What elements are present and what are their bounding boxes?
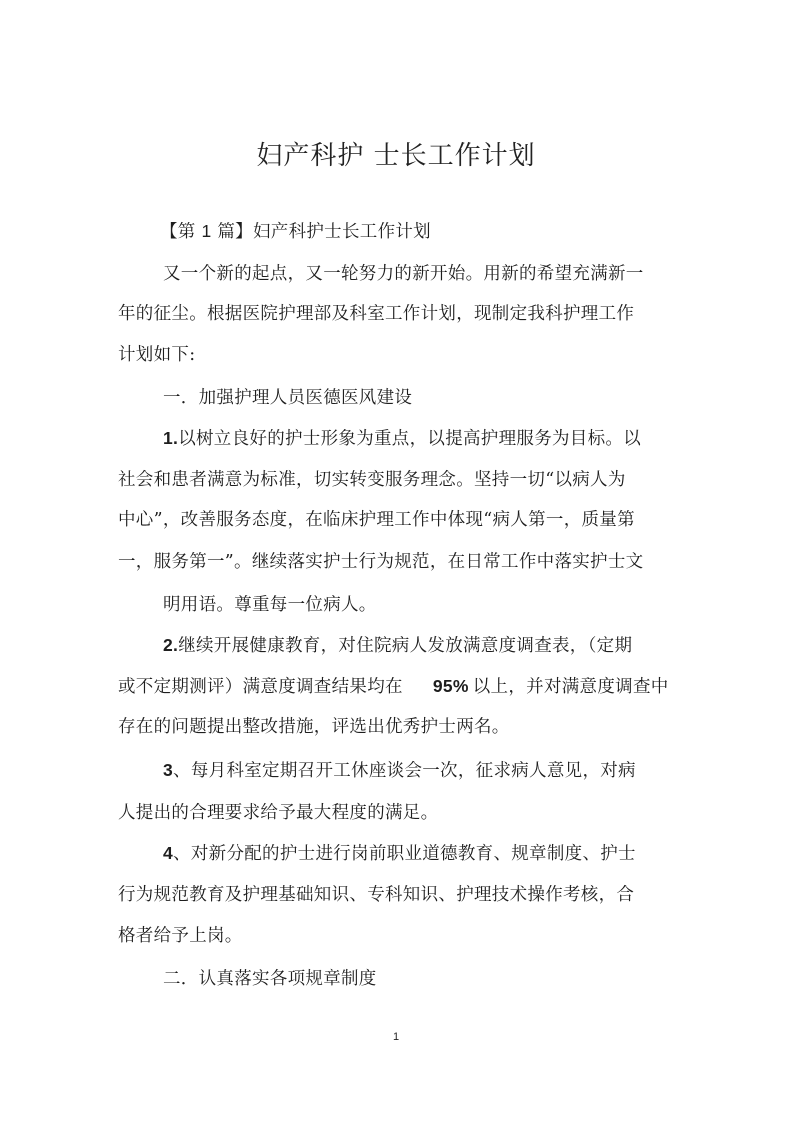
- paragraph-line: 年的征尘。根据医院护理部及科室工作计划，现制定我科护理工作: [118, 300, 634, 325]
- paragraph-text: 、每月科室定期召开工休座谈会一次，征求病人意见，对病: [173, 761, 636, 781]
- page-number: 1: [0, 1031, 792, 1043]
- item-number: 3: [163, 760, 173, 780]
- paragraph-text: 继续开展健康教育，对住院病人发放满意度调查表，（定期: [178, 636, 632, 656]
- paragraph-line: 明用语。尊重每一位病人。: [163, 591, 377, 616]
- paragraph-line: 社会和患者满意为标准，切实转变服务理念。坚持一切“以病人为: [118, 466, 626, 491]
- paragraph-line: 2.继续开展健康教育，对住院病人发放满意度调查表，（定期: [163, 632, 632, 657]
- paragraph-line: 中心”，改善服务态度，在临床护理工作中体现“病人第一，质量第: [118, 506, 635, 531]
- item-number: 1.: [163, 428, 178, 448]
- paragraph-text: 以树立良好的护士形象为重点，以提高护理服务为目标。以: [178, 429, 641, 449]
- paragraph-line: 格者给予上岗。: [118, 922, 243, 947]
- section-heading: 【第 1 篇】妇产科护士长工作计划: [160, 218, 431, 243]
- paragraph-line: 1.以树立良好的护士形象为重点，以提高护理服务为目标。以: [163, 425, 641, 450]
- document-title: 妇产科护 士长工作计划: [0, 135, 792, 172]
- paragraph-line: 4、对新分配的护士进行岗前职业道德教育、规章制度、护士: [163, 840, 636, 865]
- paragraph-line: 存在的问题提出整改措施，评选出优秀护士两名。: [118, 713, 510, 738]
- section-heading-suffix: 篇】妇产科护士长工作计划: [212, 222, 431, 242]
- paragraph-line: 一，服务第一”。继续落实护士行为规范，在日常工作中落实护士文: [118, 548, 643, 573]
- paragraph-line: 又一个新的起点，又一轮努力的新开始。用新的希望充满新一: [163, 260, 644, 285]
- paragraph-line: 人提出的合理要求给予最大程度的满足。: [118, 799, 438, 824]
- paragraph-line: 行为规范教育及护理基础知识、专科知识、护理技术操作考核，合: [118, 881, 634, 906]
- paragraph-text: 或不定期测评）满意度调查结果均在: [118, 677, 403, 697]
- section-heading-prefix: 【第: [160, 222, 201, 242]
- heading-line: 一．加强护理人员医德医风建设: [163, 384, 412, 409]
- paragraph-line: 计划如下:: [118, 341, 195, 366]
- item-number: 4: [163, 843, 173, 863]
- paragraph-text: 、对新分配的护士进行岗前职业道德教育、规章制度、护士: [173, 844, 636, 864]
- section-heading-number: 1: [201, 221, 211, 241]
- percent-value: 95%: [433, 676, 469, 696]
- paragraph-text: 以上，并对满意度调查中: [473, 677, 669, 697]
- heading-line: 二．认真落实各项规章制度: [163, 965, 377, 990]
- paragraph-line: 3、每月科室定期召开工休座谈会一次，征求病人意见，对病: [163, 757, 636, 782]
- item-number: 2.: [163, 635, 178, 655]
- paragraph-line: 或不定期测评）满意度调查结果均在95%以上，并对满意度调查中: [118, 673, 669, 698]
